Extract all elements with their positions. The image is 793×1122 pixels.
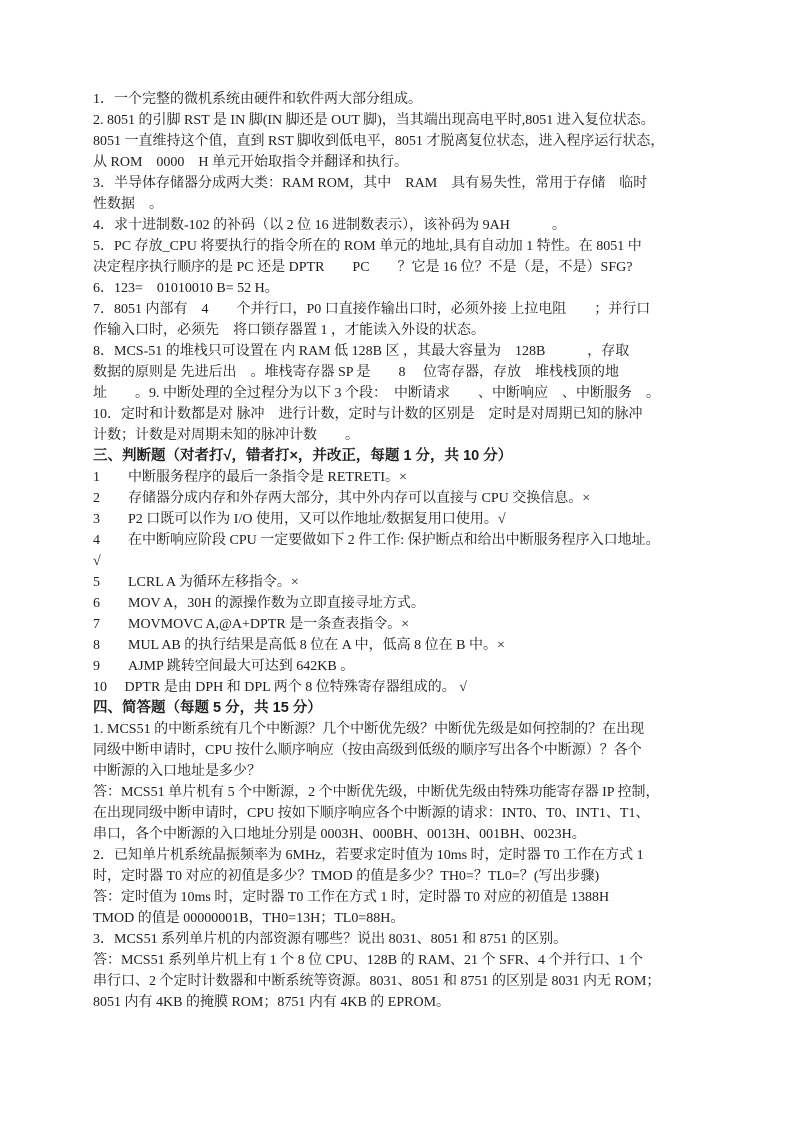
text-line: 4 在中断响应阶段 CPU 一定要做如下 2 件工作: 保护断点和给出中断服务程… xyxy=(93,530,707,551)
text-line: 答：定时值为 10ms 时，定时器 T0 工作在方式 1 时，定时器 T0 对应… xyxy=(93,887,707,908)
text-line: 同级中断申请时，CPU 按什么顺序响应（按由高级到低级的顺序写出各个中断源）？各… xyxy=(93,740,707,761)
text-line: 四、简答题（每题 5 分，共 15 分） xyxy=(93,698,707,719)
text-line: 址 。9. 中断处理的全过程分为以下 3 个段： 中断请求 、中断响应 、中断服… xyxy=(93,383,707,404)
text-line: 8．MCS-51 的堆栈只可设置在 内 RAM 低 128B 区 ，其最大容量为… xyxy=(93,341,707,362)
text-line: 1 中断服务程序的最后一条指令是 RETRETI。× xyxy=(93,467,707,488)
text-line: 中断源的入口地址是多少？ xyxy=(93,761,707,782)
text-line: 三、判断题（对者打√，错者打×，并改正，每题 1 分，共 10 分） xyxy=(93,446,707,467)
text-line: 9 AJMP 跳转空间最大可达到 642KB 。 xyxy=(93,656,707,677)
text-line: 2．已知单片机系统晶振频率为 6MHz，若要求定时值为 10ms 时，定时器 T… xyxy=(93,845,707,866)
text-line: 性数据 。 xyxy=(93,194,707,215)
text-line: 7 MOVMOVC A,@A+DPTR 是一条查表指令。× xyxy=(93,614,707,635)
text-line: 7．8051 内部有 4 个并行口，P0 口直接作输出口时，必须外接 上拉电阻 … xyxy=(93,299,707,320)
text-line: 答：MCS51 系列单片机上有 1 个 8 位 CPU、128B 的 RAM、2… xyxy=(93,950,707,971)
text-line: TMOD 的值是 00000001B，TH0=13H；TL0=88H。 xyxy=(93,908,707,929)
text-line: 5．PC 存放_CPU 将要执行的指令所在的 ROM 单元的地址,具有自动加 1… xyxy=(93,236,707,257)
text-line: 1. MCS51 的中断系统有几个中断源？几个中断优先级？中断优先级是如何控制的… xyxy=(93,719,707,740)
text-line: 串口，各个中断源的入口地址分别是 0003H、000BH、0013H、001BH… xyxy=(93,824,707,845)
text-line: 2. 8051 的引脚 RST 是 IN 脚(IN 脚还是 OUT 脚)，当其端… xyxy=(93,110,707,131)
text-line: 4．求十进制数-102 的补码（以 2 位 16 进制数表示），该补码为 9AH… xyxy=(93,215,707,236)
text-line: 从 ROM 0000 H 单元开始取指令并翻译和执行。 xyxy=(93,152,707,173)
text-line: 1．一个完整的微机系统由硬件和软件两大部分组成。 xyxy=(93,89,707,110)
text-line: 答：MCS51 单片机有 5 个中断源，2 个中断优先级，中断优先级由特殊功能寄… xyxy=(93,782,707,803)
text-line: 3 P2 口既可以作为 I/O 使用，又可以作地址/数据复用口使用。√ xyxy=(93,509,707,530)
text-line: 时，定时器 T0 对应的初值是多少？TMOD 的值是多少？TH0=？TL0=？(… xyxy=(93,866,707,887)
text-line: 3．MCS51 系列单片机的内部资源有哪些？说出 8031、8051 和 875… xyxy=(93,929,707,950)
text-line: √ xyxy=(93,551,707,572)
text-line: 6．123= 01010010 B= 52 H。 xyxy=(93,278,707,299)
document-text-block: 1．一个完整的微机系统由硬件和软件两大部分组成。2. 8051 的引脚 RST … xyxy=(93,89,707,1013)
text-line: 决定程序执行顺序的是 PC 还是 DPTR PC ？它是 16 位？不是（是，不… xyxy=(93,257,707,278)
text-line: 8051 内有 4KB 的掩膜 ROM；8751 内有 4KB 的 EPROM。 xyxy=(93,992,707,1013)
text-line: 6 MOV A，30H 的源操作数为立即直接寻址方式。 xyxy=(93,593,707,614)
text-line: 5 LCRL A 为循环左移指令。× xyxy=(93,572,707,593)
text-line: 10 DPTR 是由 DPH 和 DPL 两个 8 位特殊寄存器组成的。 √ xyxy=(93,677,707,698)
text-line: 作输入口时，必须先 将口锁存器置 1 ，才能读入外设的状态。 xyxy=(93,320,707,341)
text-line: 8 MUL AB 的执行结果是高低 8 位在 A 中，低高 8 位在 B 中。× xyxy=(93,635,707,656)
text-line: 8051 一直维持这个值，直到 RST 脚收到低电平，8051 才脱离复位状态，… xyxy=(93,131,707,152)
text-line: 3．半导体存储器分成两大类：RAM ROM，其中 RAM 具有易失性，常用于存储… xyxy=(93,173,707,194)
text-line: 计数；计数是对周期未知的脉冲计数 。 xyxy=(93,425,707,446)
text-line: 数据的原则是 先进后出 。堆栈寄存器 SP 是 8 位寄存器，存放 堆栈栈顶的地 xyxy=(93,362,707,383)
text-line: 在出现同级中断申请时，CPU 按如下顺序响应各个中断源的请求：INT0、T0、I… xyxy=(93,803,707,824)
text-line: 串行口、2 个定时计数器和中断系统等资源。8031、8051 和 8751 的区… xyxy=(93,971,707,992)
text-line: 10．定时和计数都是对 脉冲 进行计数，定时与计数的区别是 定时是对周期已知的脉… xyxy=(93,404,707,425)
text-line: 2 存储器分成内存和外存两大部分，其中外内存可以直接与 CPU 交换信息。× xyxy=(93,488,707,509)
document-page: 1．一个完整的微机系统由硬件和软件两大部分组成。2. 8051 的引脚 RST … xyxy=(0,0,793,1122)
